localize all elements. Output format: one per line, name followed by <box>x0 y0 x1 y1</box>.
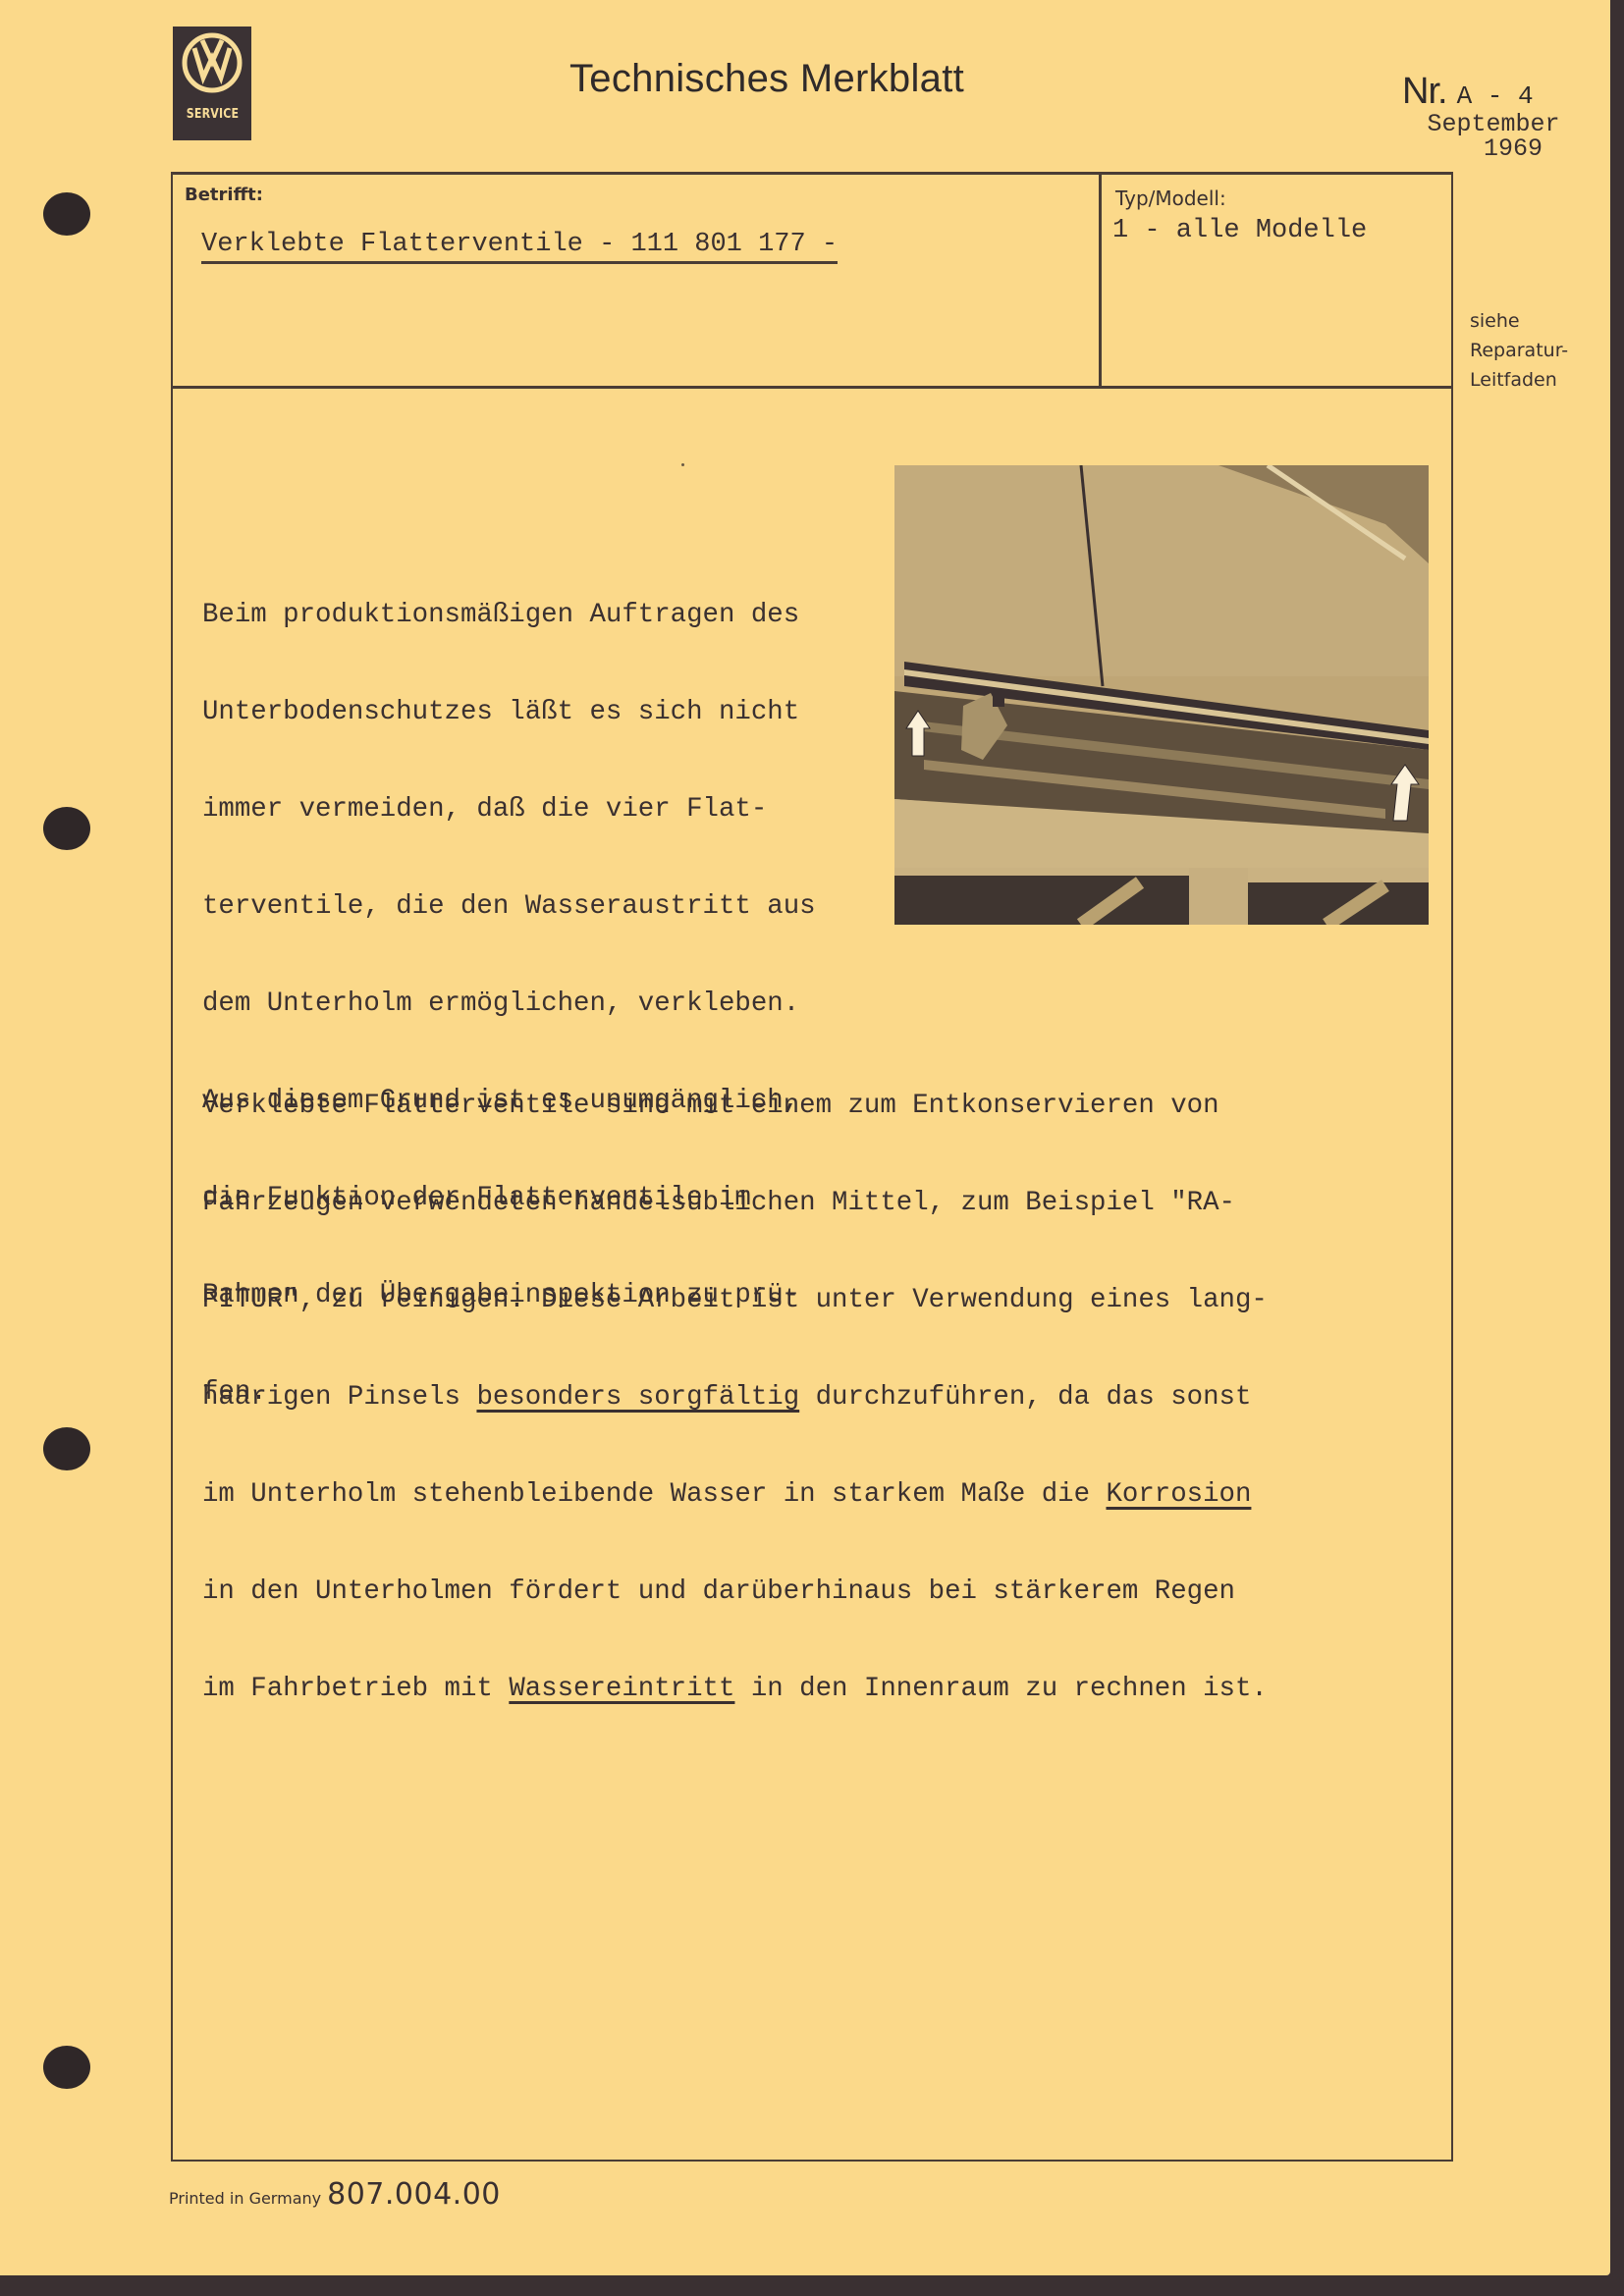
document-date: September 1969 <box>1410 112 1577 161</box>
punch-hole <box>43 2046 90 2089</box>
vw-service-logo: SERVICE <box>173 27 251 140</box>
paper-speck <box>681 463 684 466</box>
number-value: A - 4 <box>1457 81 1534 111</box>
header-box-top-rule <box>171 172 1453 175</box>
header-box-column-separator <box>1099 173 1102 387</box>
text-line: in den Unterholmen fördert und darüberhi… <box>202 1575 1268 1608</box>
instructions-paragraph: Verklebte Flatterventile sind mit einem … <box>202 1025 1268 1770</box>
model-value: 1 - alle Modelle <box>1112 216 1367 245</box>
text-line: PITUR", zu reinigen. Diese Arbeit ist un… <box>202 1284 1268 1316</box>
text-line: im Unterholm stehenbleibende Wasser in s… <box>202 1478 1268 1511</box>
date-month: September <box>1410 112 1577 136</box>
sill-photo <box>894 465 1429 925</box>
sill-photo-illustration <box>894 465 1429 925</box>
text-segment: im Fahrbetrieb mit <box>202 1674 509 1704</box>
emphasis-underlined: besonders sorgfältig <box>476 1382 799 1413</box>
text-line: Fahrzeugen verwendeten handelsüblichen M… <box>202 1187 1268 1219</box>
document-number: Nr.A - 4 <box>1402 71 1534 113</box>
reference-note: siehe Reparatur- Leitfaden <box>1470 306 1568 395</box>
subject-text: Verklebte Flatterventile - 111 801 177 - <box>201 230 838 264</box>
number-label: Nr. <box>1402 71 1447 112</box>
reference-line: siehe <box>1470 306 1568 336</box>
text-line: Verklebte Flatterventile sind mit einem … <box>202 1090 1268 1122</box>
text-segment: durchzuführen, da das sonst <box>799 1382 1251 1413</box>
form-code: 807.004.00 <box>327 2177 501 2212</box>
text-line: dem Unterholm ermöglichen, verkleben. <box>202 988 816 1020</box>
punch-hole <box>43 807 90 850</box>
printed-in-germany: Printed in Germany <box>169 2189 321 2208</box>
date-year: 1969 <box>1410 136 1577 161</box>
reference-line: Reparatur- <box>1470 336 1568 365</box>
footer: Printed in Germany807.004.00 <box>169 2177 501 2212</box>
vw-emblem-icon <box>182 32 243 93</box>
text-line: Beim produktionsmäßigen Auftragen des <box>202 599 816 631</box>
text-segment: haarigen Pinsels <box>202 1382 476 1413</box>
document-page: SERVICE Technisches Merkblatt Nr.A - 4 S… <box>0 0 1610 2275</box>
text-line: im Fahrbetrieb mit Wassereintritt in den… <box>202 1673 1268 1705</box>
punch-hole <box>43 1427 90 1470</box>
punch-hole <box>43 192 90 236</box>
text-line: haarigen Pinsels besonders sorgfältig du… <box>202 1381 1268 1414</box>
emphasis-underlined: Korrosion <box>1106 1479 1251 1510</box>
text-line: terventile, die den Wasseraustritt aus <box>202 890 816 923</box>
text-segment: im Unterholm stehenbleibende Wasser in s… <box>202 1479 1106 1510</box>
reference-line: Leitfaden <box>1470 365 1568 395</box>
subject-label: Betrifft: <box>185 185 263 205</box>
text-line: Unterbodenschutzes läßt es sich nicht <box>202 696 816 728</box>
text-segment: in den Innenraum zu rechnen ist. <box>734 1674 1267 1704</box>
document-title: Technisches Merkblatt <box>569 57 964 101</box>
model-label: Typ/Modell: <box>1115 187 1226 210</box>
logo-service-text: SERVICE <box>186 107 239 122</box>
text-line: immer vermeiden, daß die vier Flat- <box>202 793 816 826</box>
header-box-divider <box>171 386 1453 389</box>
emphasis-underlined: Wassereintritt <box>509 1674 734 1704</box>
